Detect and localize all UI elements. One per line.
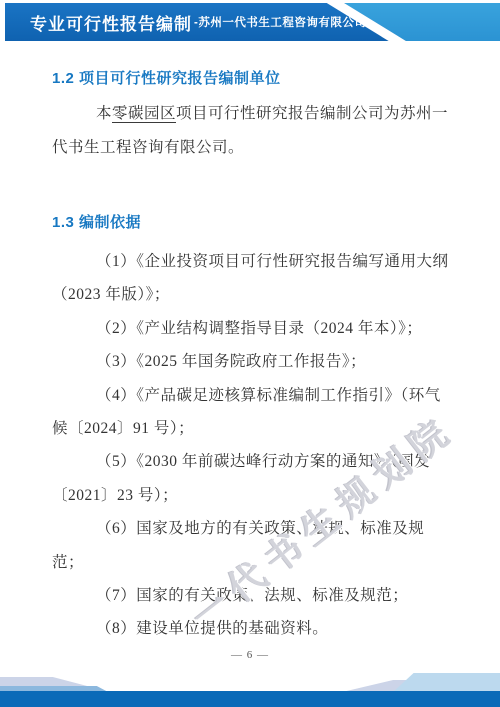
paragraph-underlined-term: 零碳园区 [112, 105, 176, 123]
reference-item: （6）国家及地方的有关政策、法规、标准及规范； [52, 512, 450, 579]
header-title-sub: -苏州一代书生工程咨询有限公司 [194, 14, 366, 30]
reference-item: （5）《2030 年前碳达峰行动方案的通知》（国发〔2021〕23 号）； [52, 445, 450, 512]
reference-item: （7）国家的有关政策、法规、标准及规范； [52, 579, 450, 612]
reference-item: （3）《2025 年国务院政府工作报告》； [52, 345, 450, 378]
paragraph-prefix: 本 [96, 105, 112, 122]
section-heading-1-2: 1.2 项目可行性研究报告编制单位 [52, 67, 450, 88]
reference-item: （1）《企业投资项目可行性研究报告编写通用大纲（2023 年版）》； [52, 245, 450, 312]
paragraph-compiling-unit: 本零碳园区项目可行性研究报告编制公司为苏州一代书生工程咨询有限公司。 [52, 97, 450, 165]
header-banner: 专业可行性报告编制-苏州一代书生工程咨询有限公司 [5, 3, 500, 41]
reference-item: （2）《产业结构调整指导目录（2024 年本）》； [52, 312, 450, 345]
footer-blue-bar [0, 691, 500, 707]
document-page: 专业可行性报告编制-苏州一代书生工程咨询有限公司 1.2 项目可行性研究报告编制… [0, 0, 500, 707]
document-content: 1.2 项目可行性研究报告编制单位 本零碳园区项目可行性研究报告编制公司为苏州一… [0, 41, 500, 646]
header-title: 专业可行性报告编制-苏州一代书生工程咨询有限公司 [30, 3, 366, 41]
footer-blue-shape-right [392, 673, 500, 693]
header-title-main: 专业可行性报告编制 [30, 10, 192, 35]
reference-item: （8）建设单位提供的基础资料。 [52, 612, 450, 645]
reference-item: （4）《产品碳足迹核算标准编制工作指引》（环气候〔2024〕91 号）； [52, 379, 450, 446]
section-heading-1-3: 1.3 编制依据 [52, 211, 450, 232]
page-number: — 6 — [0, 649, 500, 661]
reference-list: （1）《企业投资项目可行性研究报告编写通用大纲（2023 年版）》； （2）《产… [52, 245, 450, 646]
